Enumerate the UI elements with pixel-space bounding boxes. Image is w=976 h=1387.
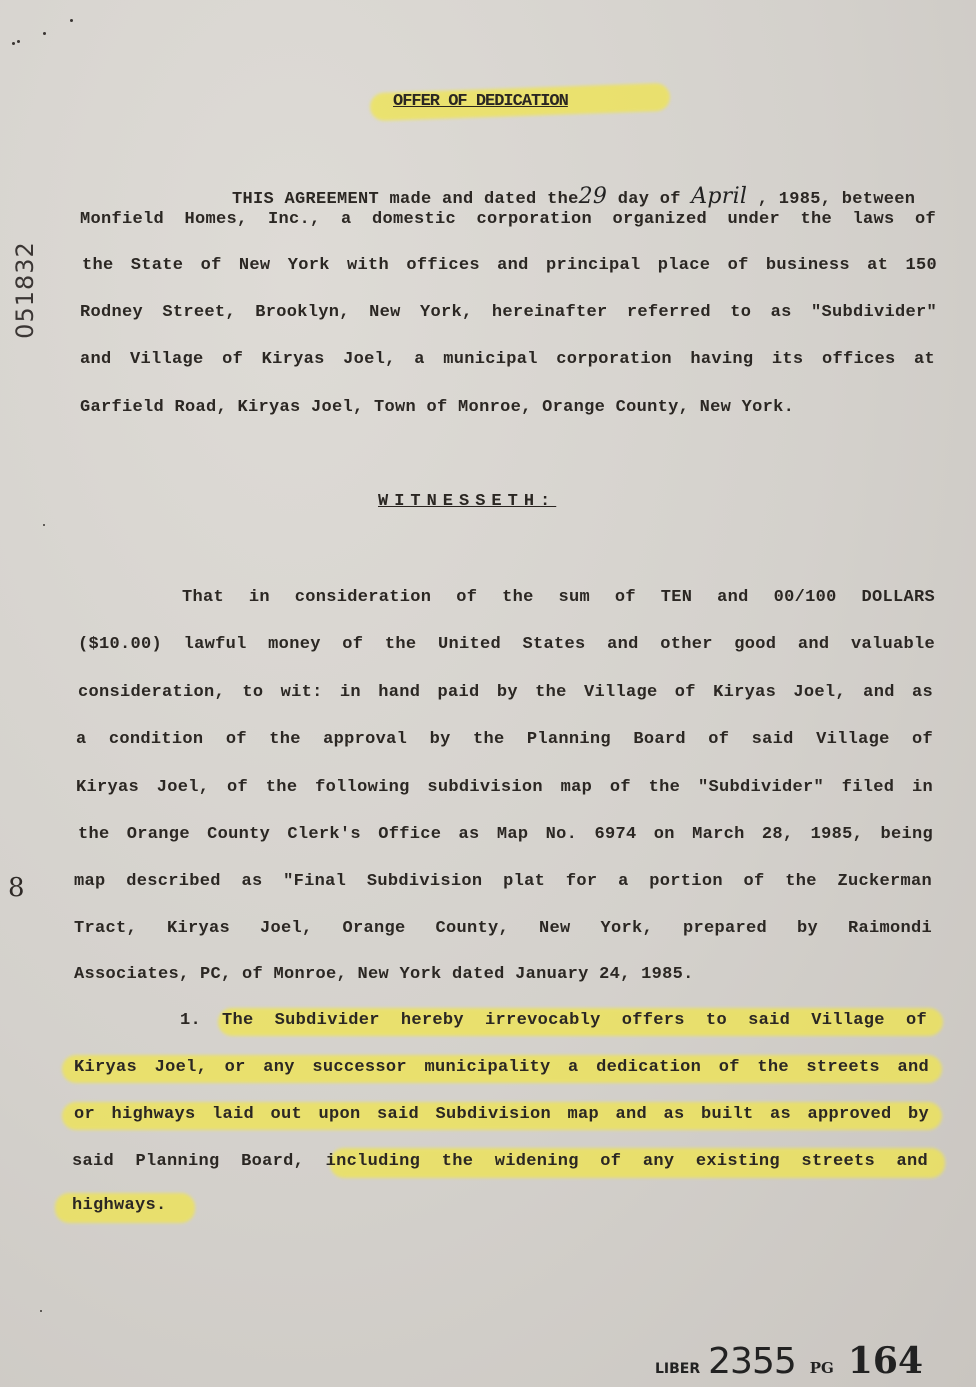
consideration-line: ($10.00) lawful money of the United Stat… bbox=[78, 635, 935, 654]
consideration-line: Tract, Kiryas Joel, Orange County, New Y… bbox=[74, 919, 932, 938]
document-title: OFFER OF DEDICATION bbox=[393, 92, 568, 111]
ink-speck bbox=[17, 40, 20, 43]
page-label: PG bbox=[810, 1359, 834, 1377]
section1-line: Kiryas Joel, or any successor municipali… bbox=[74, 1058, 929, 1077]
intro-mid: day of bbox=[607, 190, 691, 209]
consideration-line: That in consideration of the sum of TEN … bbox=[182, 588, 935, 607]
witnesseth-heading: WITNESSETH: bbox=[378, 492, 556, 511]
intro-prefix: THIS AGREEMENT made and dated the bbox=[232, 190, 579, 209]
intro-line: Rodney Street, Brooklyn, New York, herei… bbox=[80, 303, 937, 322]
intro-line: Monfield Homes, Inc., a domestic corpora… bbox=[80, 210, 936, 229]
intro-line: Garfield Road, Kiryas Joel, Town of Monr… bbox=[80, 398, 794, 417]
section1-line: or highways laid out upon said Subdivisi… bbox=[74, 1105, 929, 1124]
intro-suffix: , 1985, between bbox=[747, 190, 915, 209]
consideration-line: consideration, to wit: in hand paid by t… bbox=[78, 683, 933, 702]
handwritten-day: 29 bbox=[579, 184, 608, 209]
consideration-line: a condition of the approval by the Plann… bbox=[76, 730, 933, 749]
section1-line: highways. bbox=[72, 1196, 167, 1215]
liber-label: LIBER bbox=[655, 1361, 700, 1377]
ink-speck bbox=[70, 19, 73, 22]
section1-number: 1. bbox=[180, 1011, 201, 1030]
consideration-line: Associates, PC, of Monroe, New York date… bbox=[74, 965, 694, 984]
recording-stamp: LIBER 2355 PG 164 bbox=[655, 1340, 923, 1382]
ink-speck bbox=[43, 32, 46, 35]
liber-number: 2355 bbox=[708, 1341, 796, 1382]
consideration-line: map described as "Final Subdivision plat… bbox=[74, 872, 932, 891]
section1-line: The Subdivider hereby irrevocably offers… bbox=[222, 1011, 927, 1030]
consideration-line: Kiryas Joel, of the following subdivisio… bbox=[76, 778, 933, 797]
page-number: 164 bbox=[848, 1340, 923, 1382]
handwritten-month: April bbox=[691, 184, 747, 209]
ink-speck bbox=[43, 524, 45, 526]
witnesseth-colon: : bbox=[540, 492, 556, 511]
witnesseth-text: WITNESSETH bbox=[378, 492, 540, 511]
intro-line: and Village of Kiryas Joel, a municipal … bbox=[80, 350, 935, 369]
intro-line: the State of New York with offices and p… bbox=[82, 256, 937, 275]
ink-speck bbox=[40, 1310, 42, 1312]
side-stamp-number: 051832 bbox=[10, 225, 40, 355]
consideration-line: the Orange County Clerk's Office as Map … bbox=[78, 825, 933, 844]
section1-line: said Planning Board, including the widen… bbox=[72, 1152, 928, 1171]
document-page: 051832 8 OFFER OF DEDICATION THIS AGREEM… bbox=[0, 0, 976, 1387]
margin-handwritten-mark: 8 bbox=[8, 873, 25, 903]
ink-speck bbox=[12, 42, 15, 45]
side-stamp-text: 051832 bbox=[11, 241, 39, 339]
